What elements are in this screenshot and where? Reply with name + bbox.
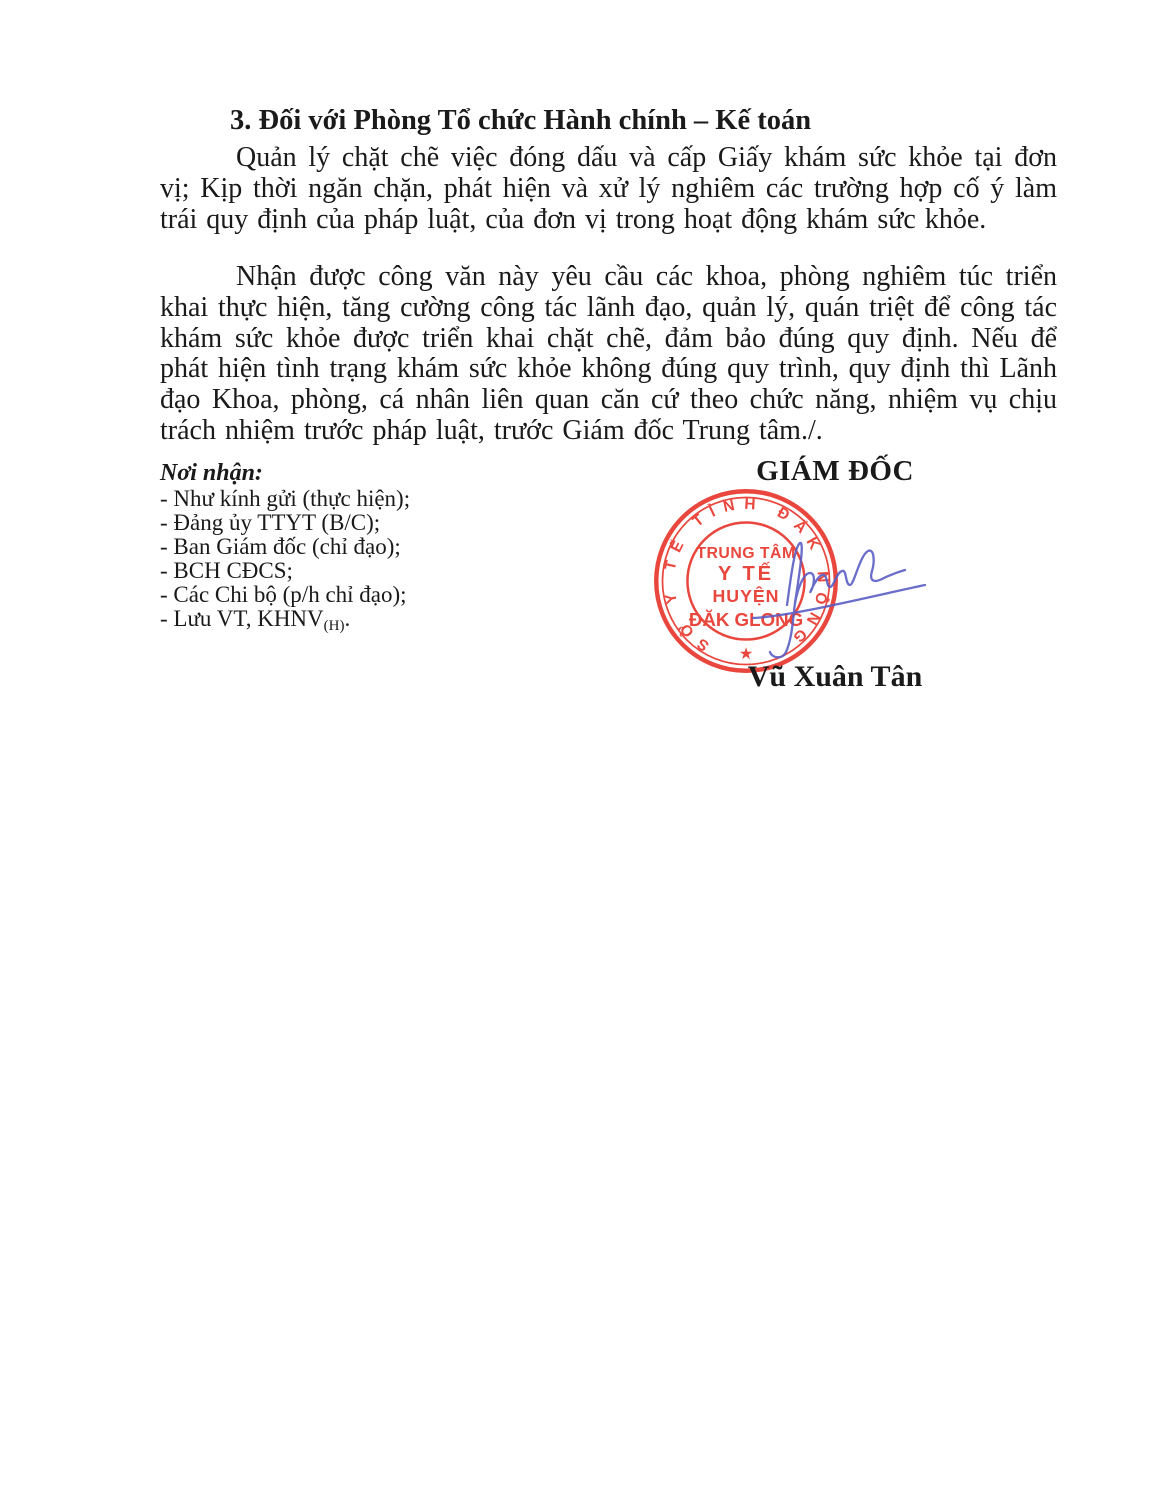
signer-name: Vũ Xuân Tân — [695, 660, 975, 694]
archive-suffix: . — [344, 606, 350, 631]
recipient-item: - Các Chi bộ (p/h chỉ đạo); — [160, 583, 580, 607]
signer-title: GIÁM ĐỐC — [695, 455, 975, 488]
document-page: 3. Đối với Phòng Tổ chức Hành chính – Kế… — [0, 0, 1159, 1500]
section-heading: 3. Đối với Phòng Tổ chức Hành chính – Kế… — [230, 104, 811, 137]
recipients-block: Nơi nhận: - Như kính gửi (thực hiện); - … — [160, 460, 580, 638]
signature-stroke-underline — [753, 585, 925, 618]
recipient-item-archive: - Lưu VT, KHNV(H). — [160, 607, 580, 639]
signature-stroke-letters — [795, 551, 905, 603]
recipient-item: - BCH CĐCS; — [160, 559, 580, 583]
paragraph-1: Quản lý chặt chẽ việc đóng dấu và cấp Gi… — [160, 143, 1057, 235]
handwritten-signature-icon — [748, 535, 938, 665]
archive-text: - Lưu VT, KHNV — [160, 606, 324, 631]
recipient-item: - Đảng ủy TTYT (B/C); — [160, 511, 580, 535]
paragraph-2: Nhận được công văn này yêu cầu các khoa,… — [160, 262, 1057, 447]
signature-stroke-main — [770, 543, 802, 657]
recipient-item: - Như kính gửi (thực hiện); — [160, 487, 580, 511]
recipients-label: Nơi nhận: — [160, 460, 580, 486]
archive-subscript: (H) — [324, 618, 345, 634]
recipient-item: - Ban Giám đốc (chỉ đạo); — [160, 535, 580, 559]
